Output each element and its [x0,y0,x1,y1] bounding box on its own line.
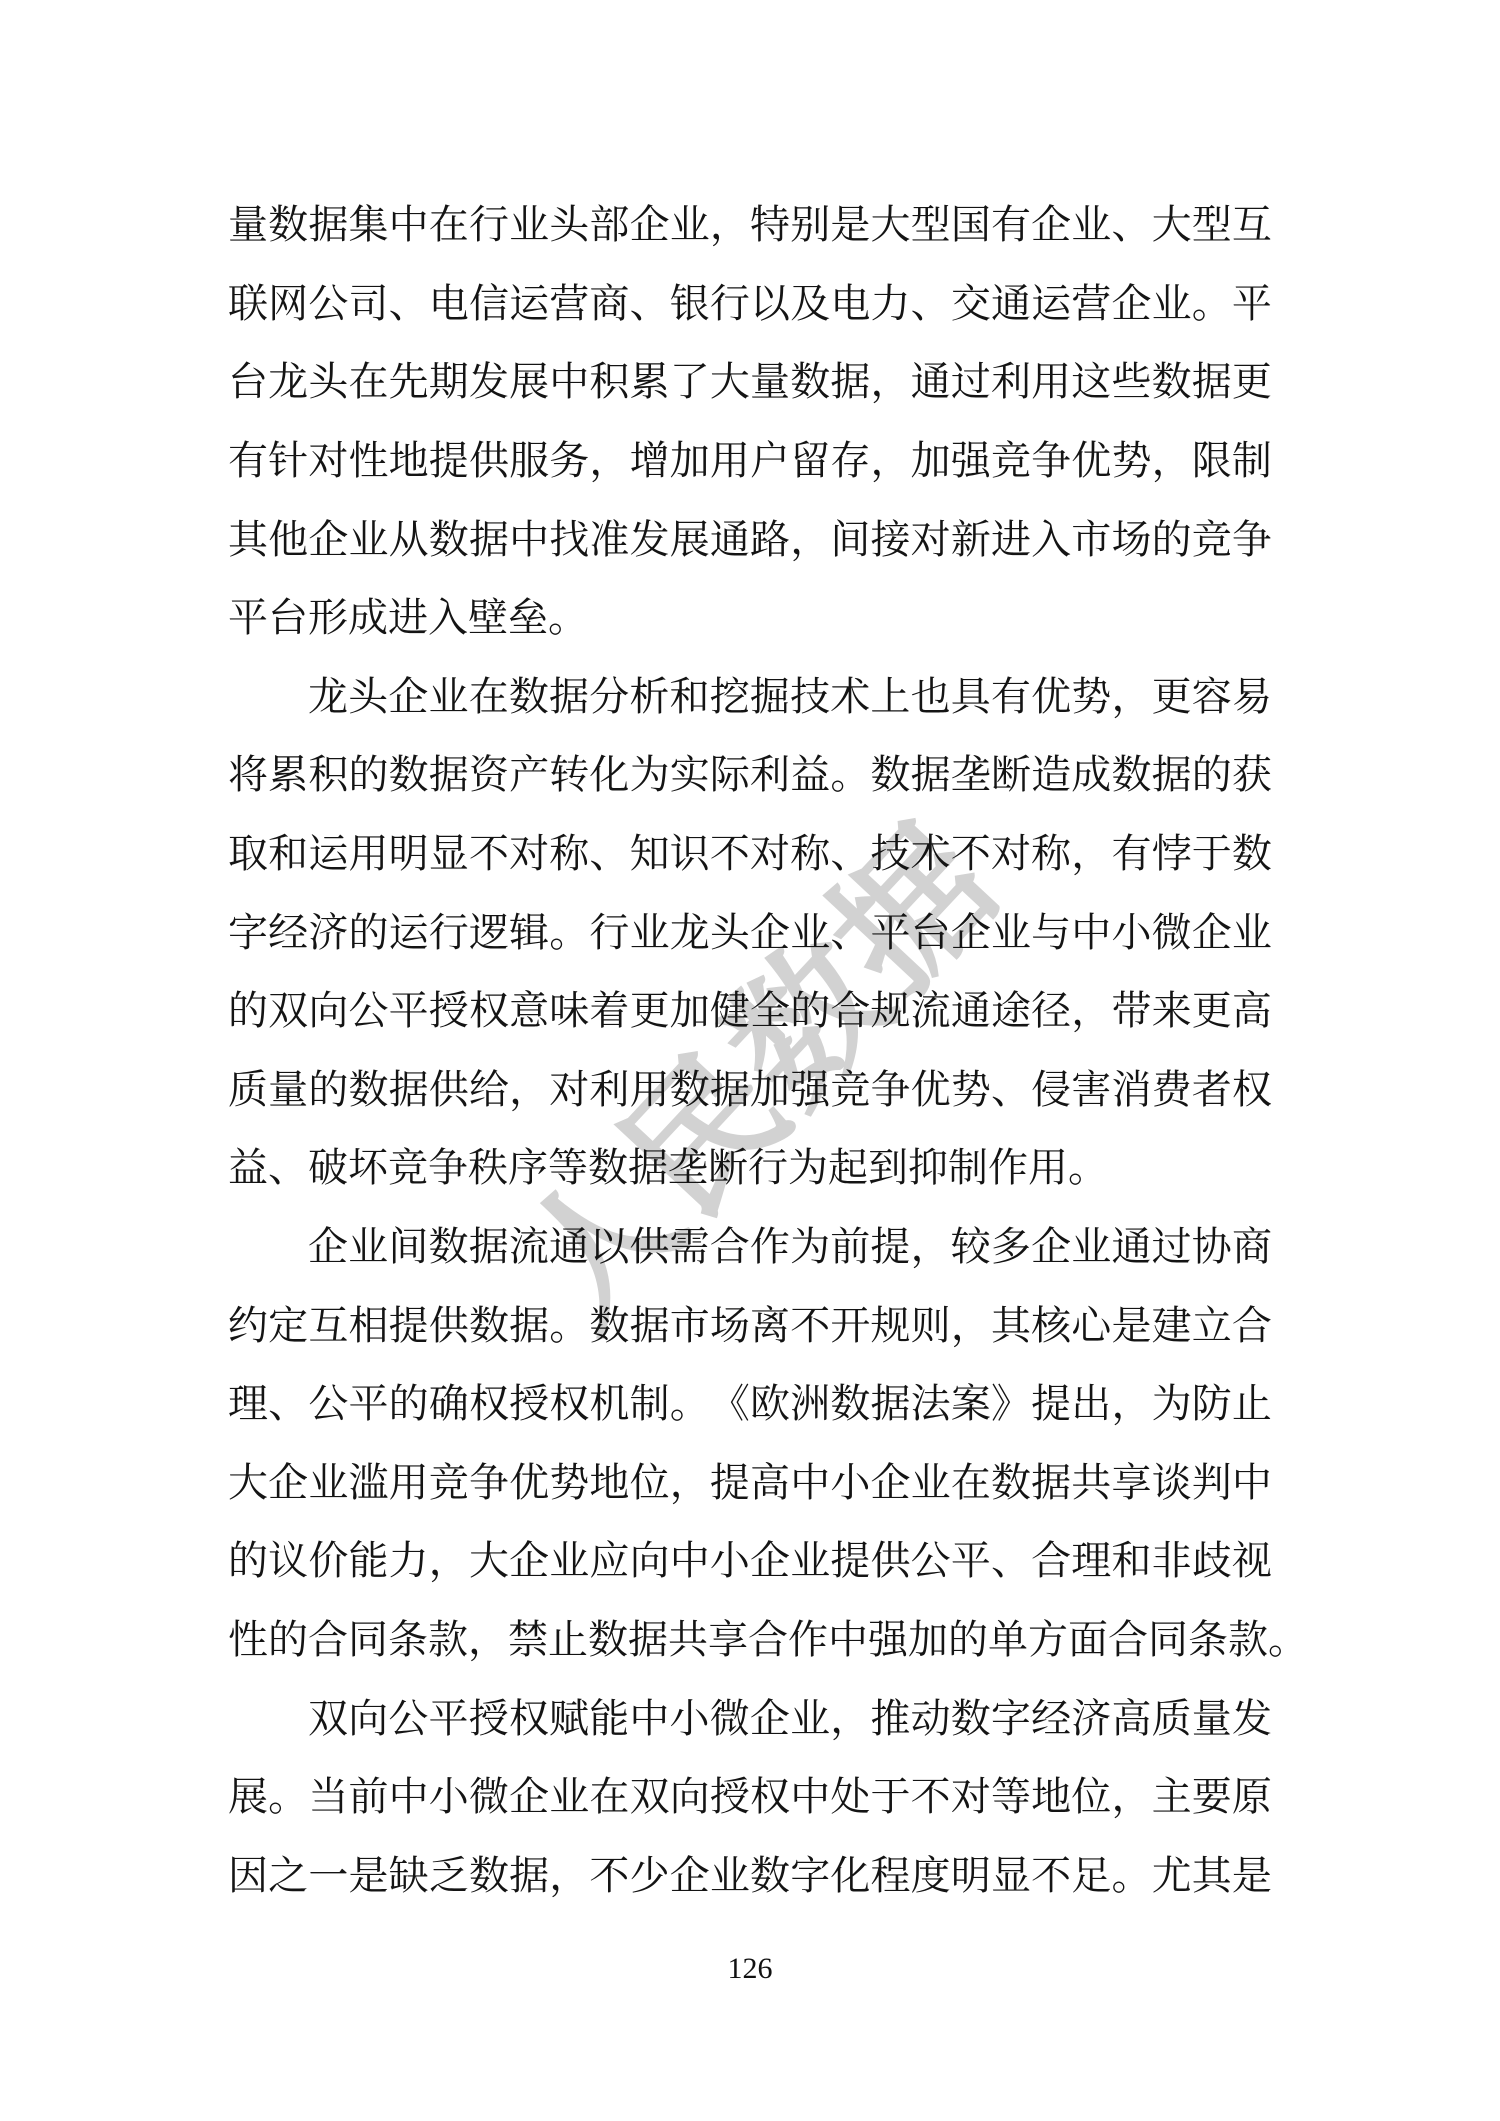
text-line: 约定互相提供数据。数据市场离不开规则，其核心是建立合 [228,1286,1272,1365]
text-line: 其他企业从数据中找准发展通路，间接对新进入市场的竞争 [228,500,1272,579]
text-line: 有针对性地提供服务，增加用户留存，加强竞争优势，限制 [228,422,1272,501]
document-page: 人民数据 量数据集中在行业头部企业，特别是大型国有企业、大型互联网公司、电信运营… [0,0,1500,2121]
text-line: 理、公平的确权授权机制。《欧洲数据法案》提出，为防止 [228,1365,1272,1444]
text-line: 量数据集中在行业头部企业，特别是大型国有企业、大型互 [228,186,1272,265]
text-line: 联网公司、电信运营商、银行以及电力、交通运营企业。平 [228,265,1272,344]
text-line: 的议价能力，大企业应向中小企业提供公平、合理和非歧视 [228,1522,1272,1601]
text-line: 益、破坏竞争秩序等数据垄断行为起到抑制作用。 [228,1129,1272,1208]
text-line: 性的合同条款，禁止数据共享合作中强加的单方面合同条款。 [228,1601,1272,1680]
text-line: 质量的数据供给，对利用数据加强竞争优势、侵害消费者权 [228,1051,1272,1130]
text-line: 展。当前中小微企业在双向授权中处于不对等地位，主要原 [228,1758,1272,1837]
text-line: 因之一是缺乏数据，不少企业数字化程度明显不足。尤其是 [228,1836,1272,1915]
page-number: 126 [0,1952,1500,1986]
text-line: 的双向公平授权意味着更加健全的合规流通途径，带来更高 [228,972,1272,1051]
text-line: 平台形成进入壁垒。 [228,579,1272,658]
text-line: 企业间数据流通以供需合作为前提，较多企业通过协商 [228,1208,1272,1287]
text-line: 台龙头在先期发展中积累了大量数据，通过利用这些数据更 [228,343,1272,422]
text-line: 取和运用明显不对称、知识不对称、技术不对称，有悖于数 [228,815,1272,894]
text-line: 龙头企业在数据分析和挖掘技术上也具有优势，更容易 [228,658,1272,737]
text-line: 字经济的运行逻辑。行业龙头企业、平台企业与中小微企业 [228,893,1272,972]
text-line: 大企业滥用竞争优势地位，提高中小企业在数据共享谈判中 [228,1444,1272,1523]
text-line: 双向公平授权赋能中小微企业，推动数字经济高质量发 [228,1679,1272,1758]
text-line: 将累积的数据资产转化为实际利益。数据垄断造成数据的获 [228,736,1272,815]
page-text: 量数据集中在行业头部企业，特别是大型国有企业、大型互联网公司、电信运营商、银行以… [228,186,1272,1915]
